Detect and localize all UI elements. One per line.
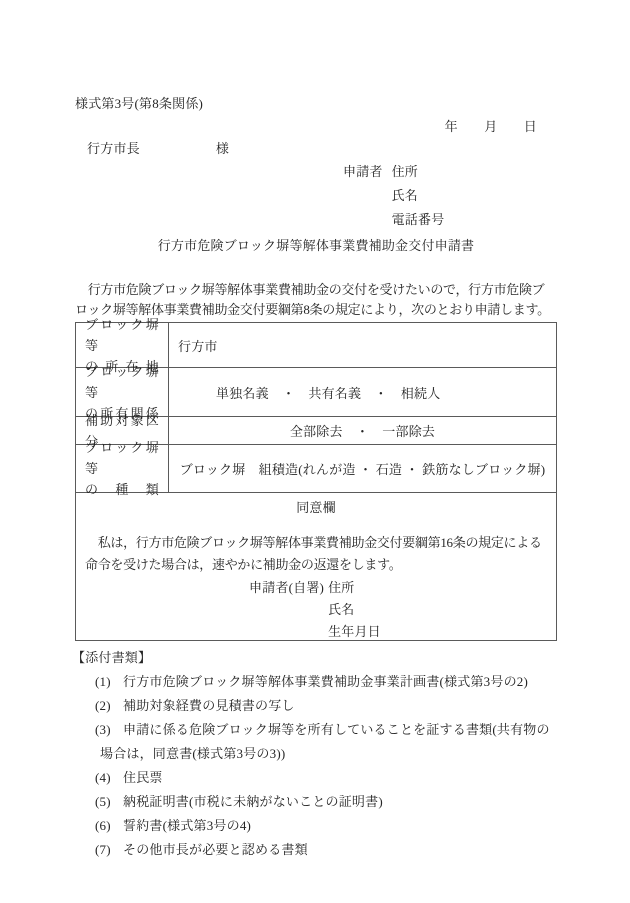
applicant-name-label: 氏名 (392, 184, 445, 208)
addressee-name: 行方市長 (87, 141, 140, 156)
row-wall-type-value: ブロック塀 組積造(れんが造 ・ 石造 ・ 鉄筋なしブロック塀) (169, 445, 556, 492)
consent-signer-fields: 住所 氏名 生年月日 (328, 577, 381, 640)
attachment-item-1-text: 行方市危険ブロック塀等解体事業費補助金事業計画書(様式第3号の2) (123, 674, 528, 689)
signer-address-label: 住所 (328, 577, 381, 599)
addressee-honorific: 様 (216, 141, 229, 156)
table-row-wall-type: ブロック塀等 の種類 ブロック塀 組積造(れんが造 ・ 石造 ・ 鉄筋なしブロッ… (76, 445, 556, 493)
form-number: 様式第3号(第8条関係) (75, 96, 557, 111)
attachment-item-1-number: (1) (95, 670, 111, 694)
consent-signer-block: 申請者(自署) 住所 氏名 生年月日 (249, 577, 556, 640)
consent-heading: 同意欄 (76, 500, 556, 515)
attachment-item-4: (4) 住民票 (75, 766, 557, 790)
document-title: 行方市危険ブロック塀等解体事業費補助金交付申請書 (75, 238, 557, 254)
applicant-label: 申請者 (343, 160, 383, 232)
consent-body: 私は，行方市危険ブロック塀等解体事業費補助金交付要綱第16条の規定による命令を受… (76, 532, 556, 576)
attachment-item-2-text: 補助対象経費の見積書の写し (123, 698, 295, 713)
attachment-item-4-number: (4) (95, 766, 111, 790)
signer-birthdate-label: 生年月日 (328, 621, 381, 640)
attachment-item-2-number: (2) (95, 694, 111, 718)
attachment-item-3: (3) 申請に係る危険ブロック塀等を所有していることを証する書類(共有物の場合は… (75, 718, 557, 766)
attachment-item-3-number: (3) (95, 718, 111, 742)
attachments-heading: 【添付書類】 (72, 650, 557, 665)
consent-signer-label: 申請者(自署) (249, 577, 324, 640)
application-form-page: 様式第3号(第8条関係) 年 月 日 行方市長様 申請者 住所 氏名 電話番号 … (0, 0, 630, 903)
addressee-line: 行方市長様 (87, 141, 557, 156)
applicant-phone-label: 電話番号 (392, 208, 445, 232)
attachment-item-7-number: (7) (95, 838, 111, 862)
attachment-item-7: (7) その他市長が必要と認める書類 (75, 838, 557, 862)
attachments-list: (1) 行方市危険ブロック塀等解体事業費補助金事業計画書(様式第3号の2) (2… (75, 670, 557, 862)
attachment-item-6: (6) 誓約書(様式第3号の4) (75, 814, 557, 838)
applicant-address-label: 住所 (392, 160, 445, 184)
attachment-item-4-text: 住民票 (123, 770, 163, 785)
row-location-value: 行方市 (169, 323, 556, 367)
row-subsidy-category-value: 全部除去 ・ 一部除去 (169, 417, 556, 444)
attachment-item-5-number: (5) (95, 790, 111, 814)
attachment-item-5: (5) 納税証明書(市税に未納がないことの証明書) (75, 790, 557, 814)
attachment-item-2: (2) 補助対象経費の見積書の写し (75, 694, 557, 718)
consent-section: 同意欄 私は，行方市危険ブロック塀等解体事業費補助金交付要綱第16条の規定による… (76, 493, 556, 640)
row-ownership-value: 単独名義 ・ 共有名義 ・ 相続人 (169, 368, 556, 416)
signer-name-label: 氏名 (328, 599, 381, 621)
applicant-fields: 住所 氏名 電話番号 (392, 160, 445, 232)
attachment-item-7-text: その他市長が必要と認める書類 (123, 842, 308, 857)
attachment-item-1: (1) 行方市危険ブロック塀等解体事業費補助金事業計画書(様式第3号の2) (75, 670, 557, 694)
attachment-item-5-text: 納税証明書(市税に未納がないことの証明書) (123, 794, 383, 809)
attachment-item-3-text: 申請に係る危険ブロック塀等を所有していることを証する書類(共有物の場合は，同意書… (100, 722, 550, 761)
application-table: ブロック塀等 の所在地 行方市 ブロック塀等 の所有関係 単独名義 ・ 共有名義… (75, 322, 557, 641)
row-wall-type-label: ブロック塀等 の種類 (76, 445, 169, 492)
date-line: 年 月 日 (75, 119, 557, 134)
attachment-item-6-number: (6) (95, 814, 111, 838)
applicant-block: 申請者 住所 氏名 電話番号 (343, 160, 557, 232)
attachment-item-6-text: 誓約書(様式第3号の4) (123, 818, 251, 833)
